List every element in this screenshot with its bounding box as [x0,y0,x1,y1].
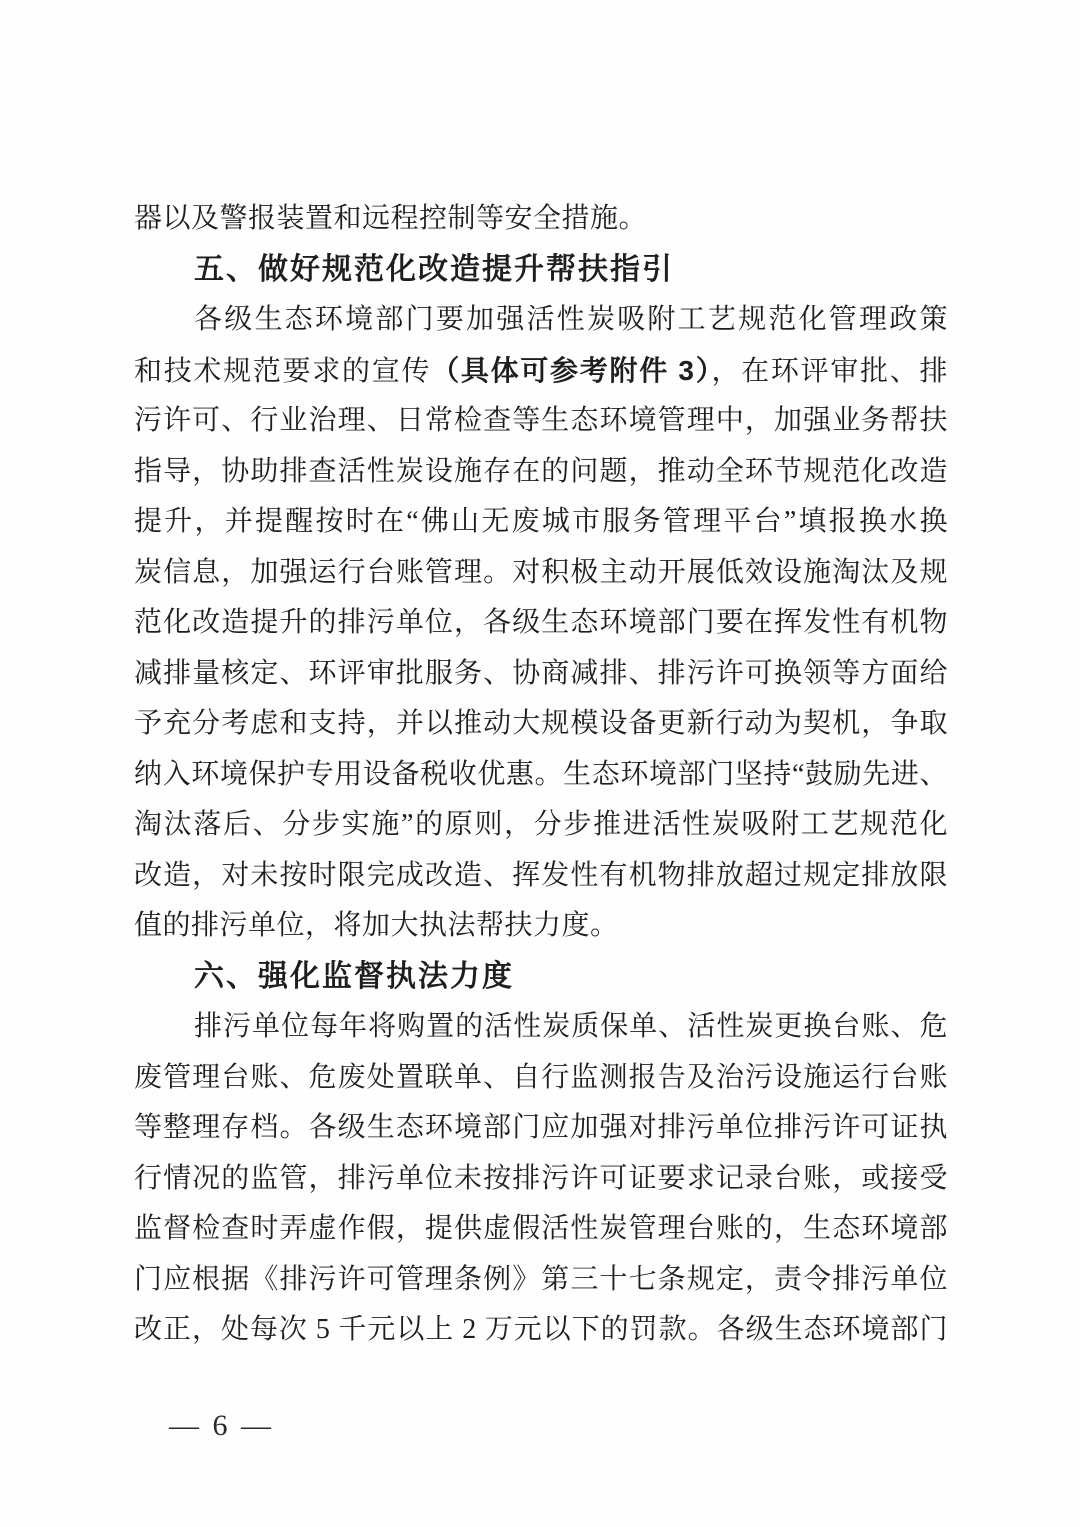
body-text-segment: ，在环评审批、排 [711,356,948,387]
body-line: 改造，对未按时限完成改造、挥发性有机物排放超过规定排放限 [134,851,948,902]
body-line: 减排量核定、环评审批服务、协商减排、排污许可换领等方面给 [134,649,948,700]
body-text-segment: 和技术规范要求的宣传 [134,356,431,387]
body-line: 和技术规范要求的宣传（具体可参考附件 3），在环评审批、排 [134,346,948,397]
page-number: — 6 — [169,1409,274,1443]
document-page: 器以及警报装置和远程控制等安全措施。 五、做好规范化改造提升帮扶指引 各级生态环… [0,0,1080,1527]
body-line: 监督检查时弄虚作假，提供虚假活性炭管理台账的，生态环境部 [134,1204,948,1255]
body-line: 淘汰落后、分步实施”的原则，分步推进活性炭吸附工艺规范化 [134,800,948,851]
section-heading-6: 六、强化监督执法力度 [134,952,948,1003]
body-line: 纳入环境保护专用设备税收优惠。生态环境部门坚持“鼓励先进、 [134,750,948,801]
body-text-segment-bold: （具体可参考附件 3） [431,355,711,386]
body-line: 各级生态环境部门要加强活性炭吸附工艺规范化管理政策 [134,295,948,346]
body-line: 炭信息，加强运行台账管理。对积极主动开展低效设施淘汰及规 [134,548,948,599]
body-line: 门应根据《排污许可管理条例》第三十七条规定，责令排污单位 [134,1255,948,1306]
body-line: 等整理存档。各级生态环境部门应加强对排污单位排污许可证执 [134,1103,948,1154]
body-line: 行情况的监管，排污单位未按排污许可证要求记录台账，或接受 [134,1154,948,1205]
body-line: 范化改造提升的排污单位，各级生态环境部门要在挥发性有机物 [134,598,948,649]
document-body: 器以及警报装置和远程控制等安全措施。 五、做好规范化改造提升帮扶指引 各级生态环… [134,194,948,1356]
body-line: 值的排污单位，将加大执法帮扶力度。 [134,901,948,952]
body-line: 废管理台账、危废处置联单、自行监测报告及治污设施运行台账 [134,1053,948,1104]
body-line: 排污单位每年将购置的活性炭质保单、活性炭更换台账、危 [134,1002,948,1053]
body-line: 改正，处每次 5 千元以上 2 万元以下的罚款。各级生态环境部门 [134,1305,948,1356]
body-line: 提升，并提醒按时在“佛山无废城市服务管理平台”填报换水换 [134,497,948,548]
body-line: 器以及警报装置和远程控制等安全措施。 [134,194,948,245]
body-line: 指导，协助排查活性炭设施存在的问题，推动全环节规范化改造 [134,447,948,498]
body-line: 污许可、行业治理、日常检查等生态环境管理中，加强业务帮扶 [134,396,948,447]
section-heading-5: 五、做好规范化改造提升帮扶指引 [134,245,948,296]
body-line: 予充分考虑和支持，并以推动大规模设备更新行动为契机，争取 [134,699,948,750]
